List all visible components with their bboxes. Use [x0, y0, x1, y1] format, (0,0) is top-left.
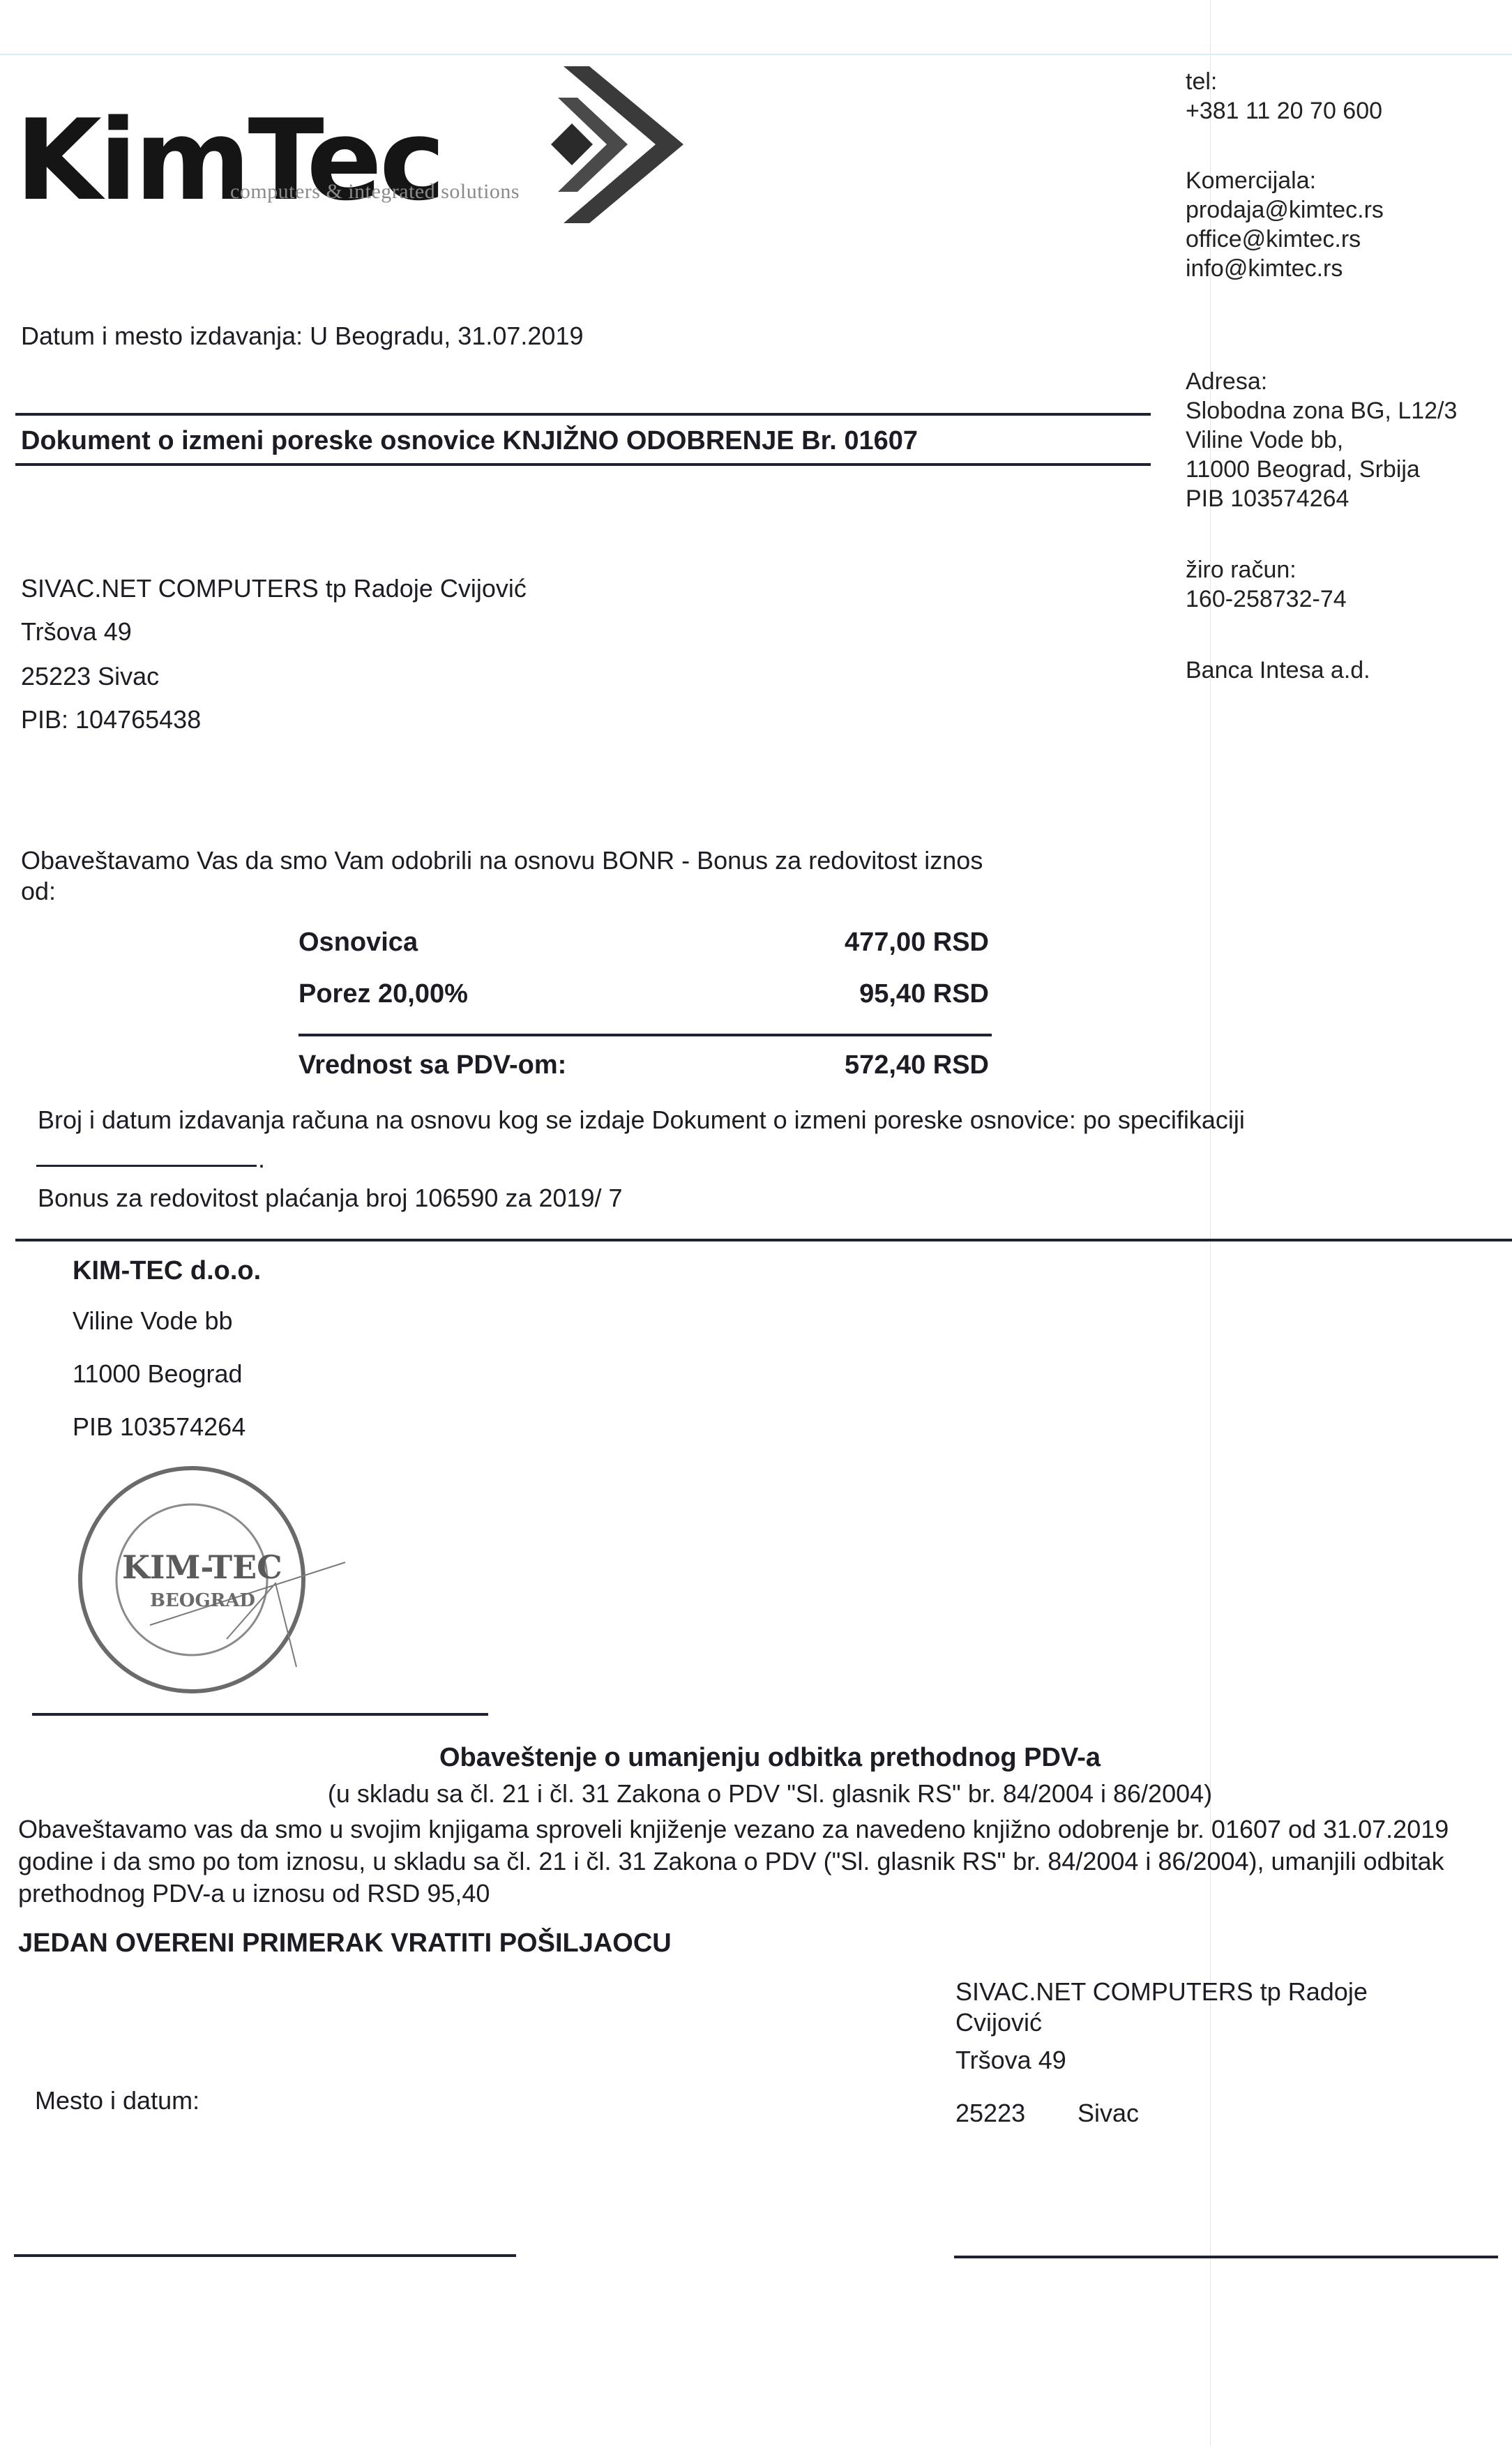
stamp-center-text: KIM-TEC	[122, 1548, 282, 1586]
amount-value: 95,40 RSD	[859, 979, 989, 1009]
address-line: Slobodna zona BG, L12/3	[1186, 396, 1457, 425]
title-rule-top	[15, 413, 1151, 416]
address-line: Viline Vode bb,	[1186, 425, 1343, 455]
recipient-pib: PIB: 104765438	[21, 704, 201, 735]
vat-notice-subtitle: (u skladu sa čl. 21 i čl. 31 Zakona o PD…	[0, 1779, 1512, 1809]
amount-label: Porez 20,00%	[298, 979, 468, 1009]
issuer-street: Viline Vode bb	[73, 1306, 233, 1336]
total-label: Vrednost sa PDV-om:	[298, 1050, 566, 1080]
address-line: 11000 Beograd, Srbija	[1186, 455, 1420, 484]
footer-recipient-name: SIVAC.NET COMPUTERS tp Radoje Cvijović	[955, 1977, 1458, 2038]
email-info: info@kimtec.rs	[1186, 254, 1343, 283]
address-label: Adresa:	[1186, 367, 1267, 396]
place-date-label: Mesto i datum:	[35, 2085, 199, 2116]
stamp-sub-text: BEOGRAD	[150, 1590, 255, 1611]
reference-line: Broj i datum izdavanja računa na osnovu …	[38, 1105, 1245, 1135]
issuer-name: KIM-TEC d.o.o.	[73, 1255, 261, 1286]
company-logo-tagline: computers & integrated solutions	[230, 180, 520, 204]
amount-value: 477,00 RSD	[845, 928, 989, 958]
issue-date-place: Datum i mesto izdavanja: U Beogradu, 31.…	[21, 321, 583, 352]
notice-line-2: od:	[21, 876, 56, 907]
company-stamp: KIM-TEC BEOGRAD	[66, 1458, 359, 1695]
scan-edge-line	[0, 54, 1512, 55]
document-title: Dokument o izmeni poreske osnovice KNJIŽ…	[21, 425, 918, 456]
email-office: office@kimtec.rs	[1186, 225, 1361, 254]
reference-blank-suffix: .	[258, 1144, 265, 1175]
address-pib: PIB 103574264	[1186, 484, 1349, 513]
amount-row-tax: Porez 20,00% 95,40 RSD	[298, 979, 989, 1009]
amount-row-base: Osnovica 477,00 RSD	[298, 928, 989, 958]
sales-label: Komercijala:	[1186, 166, 1316, 195]
footer-recipient-street: Tršova 49	[955, 2045, 1066, 2076]
footer-recipient-zip: 25223	[955, 2098, 1025, 2129]
issuer-pib: PIB 103574264	[73, 1412, 245, 1442]
email-sales: prodaja@kimtec.rs	[1186, 195, 1384, 225]
title-rule-bottom	[15, 463, 1151, 466]
tel-value: +381 11 20 70 600	[1186, 96, 1382, 126]
place-date-signature-rule	[14, 2254, 516, 2257]
vat-notice-title: Obaveštenje o umanjenju odbitka prethodn…	[0, 1742, 1512, 1773]
vat-notice-body: Obaveštavamo vas da smo u svojim knjigam…	[18, 1813, 1497, 1910]
bonus-line: Bonus za redovitost plaćanja broj 106590…	[38, 1183, 623, 1214]
recipient-name: SIVAC.NET COMPUTERS tp Radoje Cvijović	[21, 573, 527, 604]
notice-line-1: Obaveštavamo Vas da smo Vam odobrili na …	[21, 845, 983, 876]
recipient-street: Tršova 49	[21, 617, 132, 647]
recipient-city: 25223 Sivac	[21, 661, 159, 692]
account-number: 160-258732-74	[1186, 584, 1347, 614]
tel-label: tel:	[1186, 67, 1217, 96]
return-note: JEDAN OVERENI PRIMERAK VRATITI POŠILJAOC…	[18, 1928, 672, 1958]
bank-name: Banca Intesa a.d.	[1186, 656, 1370, 685]
account-label: žiro račun:	[1186, 555, 1296, 584]
total-value: 572,40 RSD	[845, 1050, 989, 1080]
issuer-city: 11000 Beograd	[73, 1359, 243, 1389]
chevron-arrow-icon	[551, 66, 683, 223]
footer-recipient-city: Sivac	[1078, 2098, 1139, 2129]
amount-row-total: Vrednost sa PDV-om: 572,40 RSD	[298, 1050, 989, 1080]
signature-rule	[32, 1713, 488, 1716]
reference-blank-rule	[36, 1165, 257, 1167]
amount-label: Osnovica	[298, 928, 418, 958]
amount-sum-rule	[298, 1034, 992, 1036]
recipient-signature-rule	[954, 2256, 1498, 2258]
section-rule	[15, 1239, 1512, 1241]
